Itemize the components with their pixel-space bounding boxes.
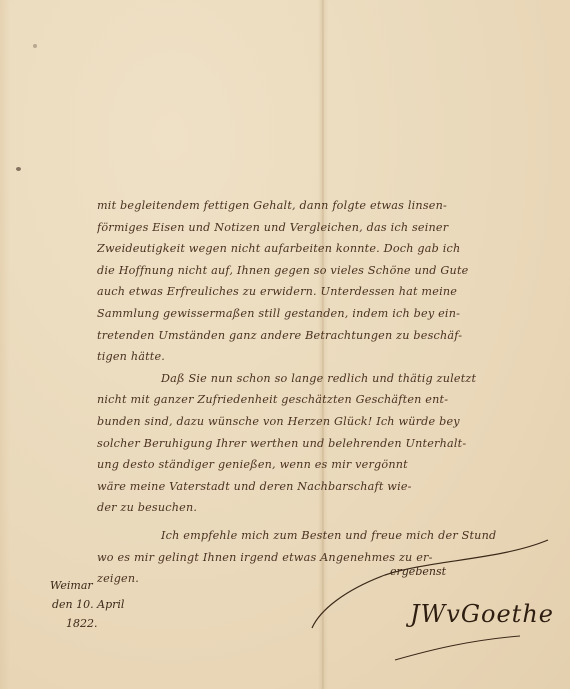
letter-page: mit begleitendem fettigen Gehalt, dann f… — [0, 0, 570, 689]
signature-flourish — [0, 0, 570, 689]
